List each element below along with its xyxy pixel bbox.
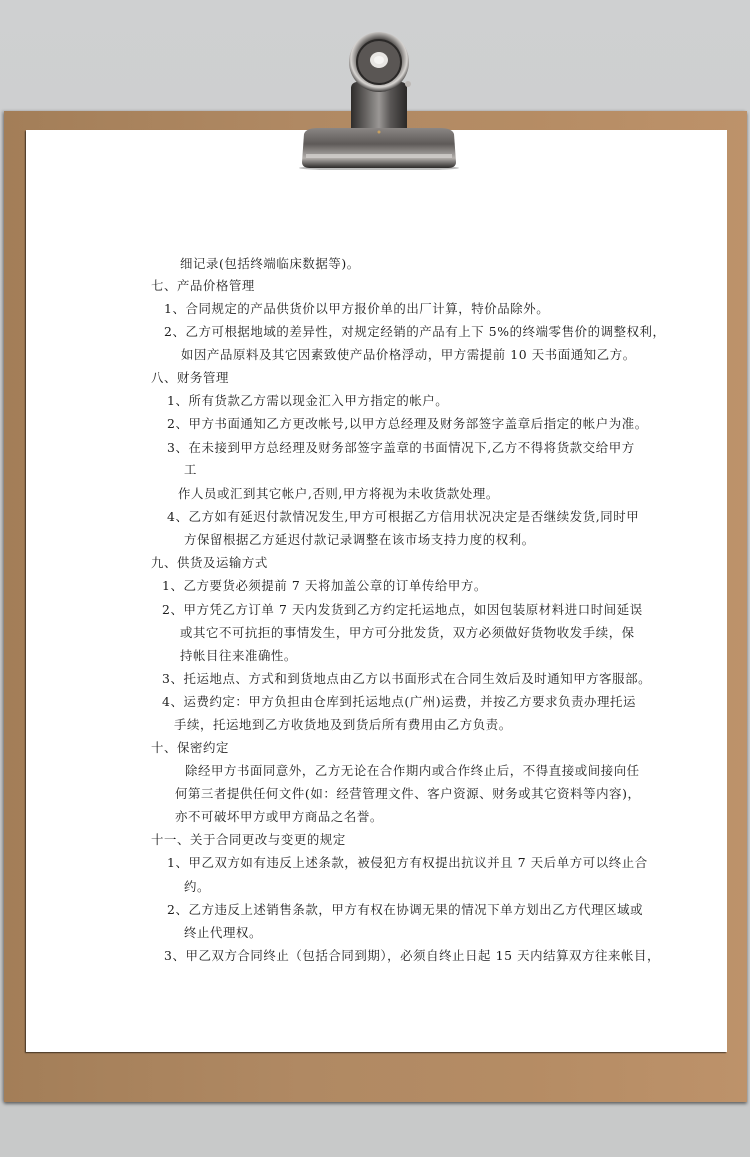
document-line: 何第三者提供任何文件(如：经营管理文件、客户资源、财务或其它资料等内容)， [175, 786, 641, 802]
document-line: 作人员或汇到其它帐户,否则,甲方将视为未收货款处理。 [178, 486, 499, 502]
document-line: 1、乙方要货必须提前 7 天将加盖公章的订单传给甲方。 [162, 578, 487, 594]
document-line: 3、甲乙双方合同终止（包括合同到期），必须自终止日起 15 天内结算双方往来帐目… [164, 948, 660, 964]
document-line: 或其它不可抗拒的事情发生，甲方可分批发货，双方必须做好货物收发手续，保 [180, 625, 635, 641]
document-line: 2、甲方凭乙方订单 7 天内发货到乙方约定托运地点，如因包装原材料进口时间延误 [162, 602, 643, 618]
document-line: 方保留根据乙方延迟付款记录调整在该市场支持力度的权利。 [184, 532, 535, 548]
document-line: 手续，托运地到乙方收货地及到货后所有费用由乙方负责。 [174, 717, 512, 733]
document-line: 1、甲乙双方如有违反上述条款，被侵犯方有权提出抗议并且 7 天后单方可以终止合 [167, 855, 648, 871]
binder-clip-icon [296, 22, 462, 170]
document-line: 持帐目往来准确性。 [180, 648, 297, 664]
document-line: 2、乙方违反上述销售条款，甲方有权在协调无果的情况下单方划出乙方代理区域或 [167, 902, 643, 918]
document-line: 细记录(包括终端临床数据等)。 [180, 256, 360, 272]
document-line: 3、在未接到甲方总经理及财务部签字盖章的书面情况下,乙方不得将货款交给甲方 [167, 440, 635, 456]
document-line: 工 [184, 462, 197, 478]
document-line: 亦不可破坏甲方或甲方商品之名誉。 [175, 809, 383, 825]
document-line: 八、财务管理 [151, 370, 229, 386]
document-line: 七、产品价格管理 [151, 278, 255, 294]
document-line: 2、乙方可根据地域的差异性，对规定经销的产品有上下 5%的终端零售价的调整权利， [164, 324, 666, 340]
document-line: 如因产品原料及其它因素致使产品价格浮动，甲方需提前 10 天书面通知乙方。 [181, 347, 636, 363]
document-line: 十一、关于合同更改与变更的规定 [151, 832, 346, 848]
document-line: 九、供货及运输方式 [151, 555, 268, 571]
document-line: 终止代理权。 [184, 925, 262, 941]
document-line: 4、运费约定：甲方负担由仓库到托运地点(广州)运费，并按乙方要求负责办理托运 [162, 694, 636, 710]
document-line: 除经甲方书面同意外，乙方无论在合作期内或合作终止后，不得直接或间接向任 [185, 763, 640, 779]
document-line: 1、所有货款乙方需以现金汇入甲方指定的帐户。 [167, 393, 448, 409]
document-line: 3、托运地点、方式和到货地点由乙方以书面形式在合同生效后及时通知甲方客服部。 [162, 671, 651, 687]
document-line: 4、乙方如有延迟付款情况发生,甲方可根据乙方信用状况决定是否继续发货,同时甲 [167, 509, 639, 525]
document-line: 1、合同规定的产品供货价以甲方报价单的出厂计算，特价品除外。 [164, 301, 549, 317]
document-line: 十、保密约定 [151, 740, 229, 756]
document-line: 约。 [184, 879, 210, 895]
document-line: 2、甲方书面通知乙方更改帐号,以甲方总经理及财务部签字盖章后指定的帐户为准。 [167, 416, 648, 432]
